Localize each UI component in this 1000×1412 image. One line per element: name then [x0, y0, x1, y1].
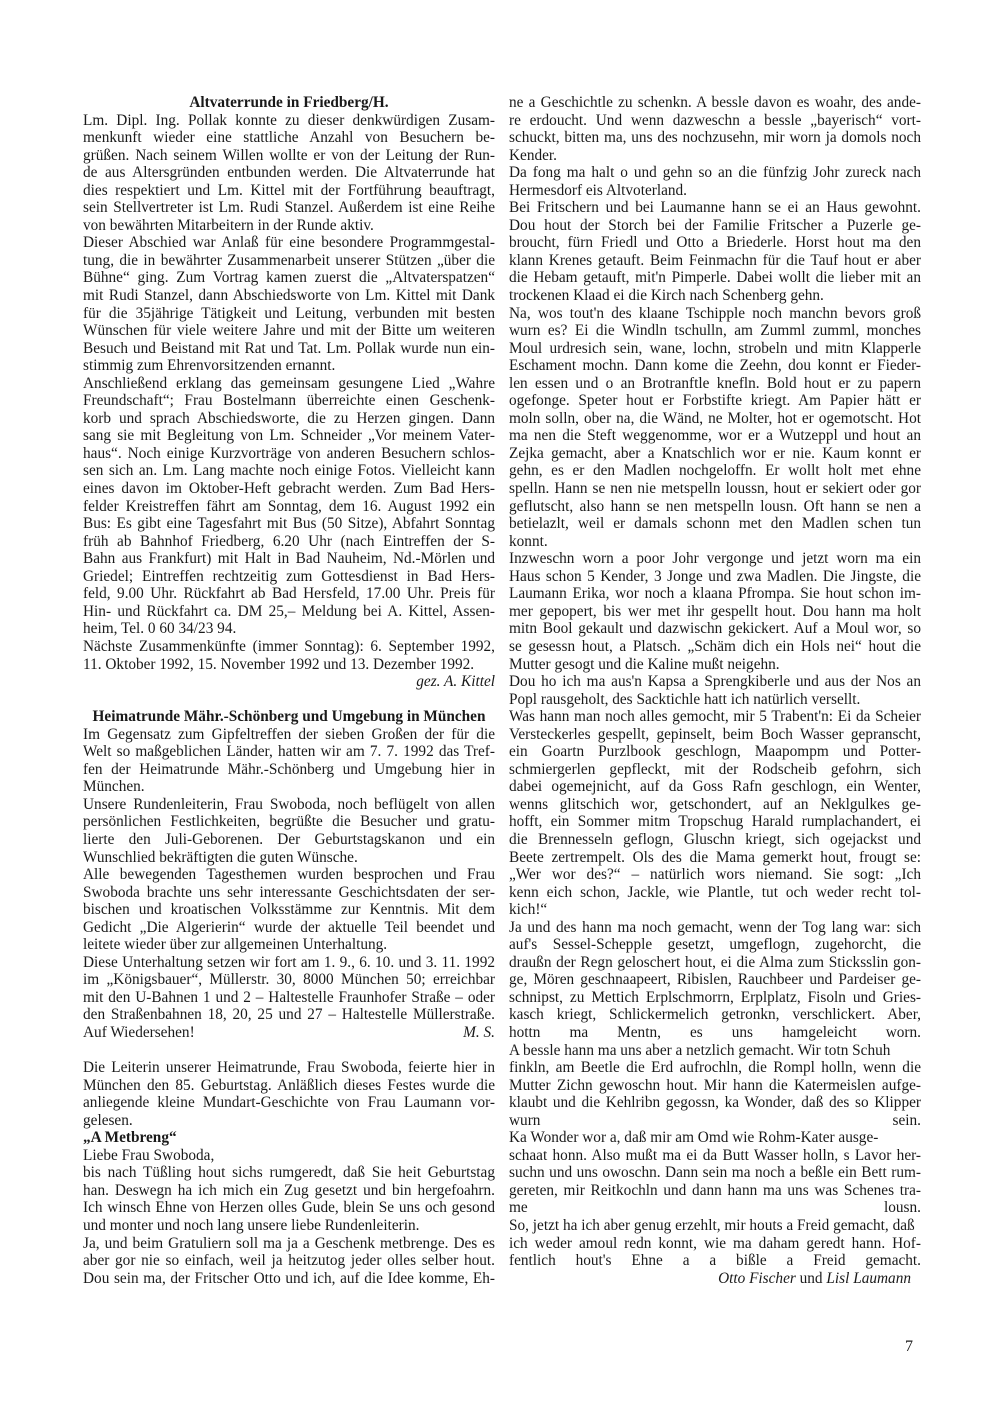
text-line: Versteckerles gespellt, gepinselt, beim … — [509, 726, 921, 744]
text-line: Bus: Es gibt eine Tagesfahrt mit Bus (50… — [83, 515, 495, 533]
text-line: Was hann man noch alles gemocht, mir 5 T… — [509, 708, 921, 726]
text-line: feld, 9.00 Uhr. Rückfahrt ab Bad Hersfel… — [83, 585, 495, 603]
text-line: auf's Sessel-Schepple gesetzt, umgeflogn… — [509, 936, 921, 954]
story-continuation: ne a Geschichtle zu schenkn. A bessle da… — [509, 94, 921, 1270]
signature-kittel: gez. A. Kittel — [83, 673, 495, 691]
text-line: trockenen Klaad ei die Kirch nach Schenb… — [509, 287, 921, 305]
text-line: geflutscht, also hann se nen metspelln l… — [509, 498, 921, 516]
text-line: Hermesdorf eis Altvoterland. — [509, 182, 921, 200]
text-line: ogefonge. Speter hout er Forbstifte krie… — [509, 392, 921, 410]
text-line: schmiergerlen gepfleckt, mit der Rodsche… — [509, 761, 921, 779]
article-body-birthday: Die Leiterin unserer Heimatrunde, Frau S… — [83, 1059, 495, 1129]
text-line: dabei ogemejnicht, auf da Goss Rafn gesc… — [509, 778, 921, 796]
text-line: Ja und des hann ma noch gemacht, wenn de… — [509, 919, 921, 937]
text-line: „Wer wor des?“ – natürlich wors niemand.… — [509, 866, 921, 884]
text-line: mit Rudi Stanzel, dann Abschiedsworte vo… — [83, 287, 495, 305]
text-line: sang sie mit Begleitung von Lm. Schneide… — [83, 427, 495, 445]
story-body: bis nach Tüßling hout sichs rumgeredt, d… — [83, 1164, 495, 1287]
text-line: Nächste Zusammenkünfte (immer Sonntag): … — [83, 638, 495, 656]
article-title-heimatrunde: Heimatrunde Mähr.-Schönberg und Umgebung… — [83, 708, 495, 726]
text-line: Moul urdresich sein, wane, lochn, strobe… — [509, 340, 921, 358]
text-line: Die Leiterin unserer Heimatrunde, Frau S… — [83, 1059, 495, 1077]
left-column: Altvaterrunde in Friedberg/H. Lm. Dipl. … — [83, 94, 495, 1287]
text-line: mer gepopert, bis wer met ihr gespellt h… — [509, 603, 921, 621]
text-line: grüßen. Nach seinem Willen wollte er von… — [83, 147, 495, 165]
text-line: ma nen die Steft weggenomme, wor er a Wu… — [509, 427, 921, 445]
text-line: und monter und noch lang unsere liebe Ru… — [83, 1217, 495, 1235]
text-line: persönlichen Festlichkeiten, begrüßte di… — [83, 813, 495, 831]
text-line: mit den U-Bahnen 1 und 2 – Haltestelle F… — [83, 989, 495, 1007]
text-line: Anschließend erklang das gemeinsam gesun… — [83, 375, 495, 393]
text-line: Da fong ma halt o und gehn so an die fün… — [509, 164, 921, 182]
story-signature: Otto Fischer und Lisl Laumann — [509, 1270, 921, 1288]
text-line: Na, wos tout'n des klaane Tschipple noch… — [509, 305, 921, 323]
text-line: Welt so maßgeblichen Länder, hatten wir … — [83, 743, 495, 761]
text-line: Freundschaft“; Frau Bostelmann überreich… — [83, 392, 495, 410]
spacer — [83, 691, 495, 709]
text-line: draußn der Regn geloschert hout, ei die … — [509, 954, 921, 972]
text-line: Eschament mochn. Dann kome die Zeehn, do… — [509, 357, 921, 375]
text-line: die Hebam getauft, mit'n Pimperle. Dabei… — [509, 269, 921, 287]
text-line: München den 85. Geburtstag. Anläßlich di… — [83, 1077, 495, 1095]
text-line: tung, die in bewährter Zusammenarbeit un… — [83, 252, 495, 270]
text-line: schaat honn. Also mußt ma ei da Butt Was… — [509, 1147, 921, 1165]
text-line: anliegende kleine Mundart-Geschichte von… — [83, 1094, 495, 1112]
text-line: Wünschen für viele weitere Jahre und mit… — [83, 322, 495, 340]
text-line: klann Krenes getauft. Beim Feinmachn für… — [509, 252, 921, 270]
text-line: gelesen. — [83, 1112, 495, 1130]
text-line: Diese Unterhaltung setzen wir fort am 1.… — [83, 954, 495, 972]
article-body-heimatrunde: Im Gegensatz zum Gipfeltreffen der siebe… — [83, 726, 495, 1024]
text-line: Bei Fritschern und bei Laumanne hann se … — [509, 199, 921, 217]
text-line: sen sich an. Lm. Lang machte noch einige… — [83, 462, 495, 480]
text-line: de aus Altersgründen entbunden werden. D… — [83, 164, 495, 182]
page-number: 7 — [905, 1338, 913, 1356]
text-line: für die 35jährige Tätigkeit und Leitung,… — [83, 305, 495, 323]
text-line: ich weder amoul redn konnt, wie ma daham… — [509, 1235, 921, 1253]
text-line: Ich winsch Ehne von Herzen olles Gude, b… — [83, 1199, 495, 1217]
text-line: lierte den Juli-Geborenen. Der Geburtsta… — [83, 831, 495, 849]
closing-text: Auf Wiedersehen! — [83, 1024, 195, 1041]
text-line: Gedicht „Die Algerierin“ wurde der aktue… — [83, 919, 495, 937]
text-line: schuckt, bitten ma, uns des nochzusehn, … — [509, 129, 921, 147]
text-line: re erdoucht. Und wenn dazweschn a bessle… — [509, 112, 921, 130]
text-line: konnt. — [509, 533, 921, 551]
text-line: felder Kreistreffen fährt am Sonntag, de… — [83, 498, 495, 516]
text-line: Ja, und beim Gratuliern soll ma ja a Ges… — [83, 1235, 495, 1253]
text-line: Dou sein ma, der Fritscher Otto und ich,… — [83, 1270, 495, 1288]
text-line: Dou hout der Storch bei der Familie Frit… — [509, 217, 921, 235]
text-line: stimmig zum Ehrenvorsitzenden ernannt. — [83, 357, 495, 375]
text-line: gehn, es er den Madlen nochgeloffn. Er w… — [509, 462, 921, 480]
text-line: Beete zertrempelt. Ols des die Mama geme… — [509, 849, 921, 867]
text-line: wurn sein. — [509, 1112, 921, 1130]
text-line: han. Deswegn ha ich mich ein Zug gesetzt… — [83, 1182, 495, 1200]
text-line: bis nach Tüßling hout sichs rumgeredt, d… — [83, 1164, 495, 1182]
text-line: heim, Tel. 0 60 34/23 94. — [83, 620, 495, 638]
text-line: hofft, ein Sommer mitm Tropschug Harald … — [509, 813, 921, 831]
text-line: den Straßenbahnen 18, 20, 25 und 27 – Ha… — [83, 1006, 495, 1024]
text-line: aber gor nie so einfach, weil ja heitzut… — [83, 1252, 495, 1270]
text-line: Wunschlied bekräftigten die guten Wünsch… — [83, 849, 495, 867]
text-line: Bühne“ ging. Zum Vortrag kamen zuerst di… — [83, 269, 495, 287]
text-line: menkunft wieder eine stattliche Anzahl v… — [83, 129, 495, 147]
spacer — [83, 1042, 495, 1060]
story-greeting: Liebe Frau Swoboda, — [83, 1147, 495, 1165]
text-line: gereten, mir Reitkochln und dann hann ma… — [509, 1182, 921, 1200]
text-line: kenn eich schon, Jackle, wie Plantle, tu… — [509, 884, 921, 902]
text-line: suchn und uns owoschn. Dann sein ma noch… — [509, 1164, 921, 1182]
text-line: betielazlt, weil er damals schonn met de… — [509, 515, 921, 533]
text-line: korb und sprach Abschiedsworte, die zu H… — [83, 410, 495, 428]
text-line: ein Goartn Purzlbook geschlogn, Maapompm… — [509, 743, 921, 761]
text-line: se gesessn hout, a Platsch. „Schäm dich … — [509, 638, 921, 656]
text-line: mitn Bool gekault und dazwischn gekicker… — [509, 620, 921, 638]
text-line: Laumann Erika, wor noch a klaana Pfrompa… — [509, 585, 921, 603]
text-line: spelln. Hann se nen nie metspelln loussn… — [509, 480, 921, 498]
text-line: wurn es? Ei die Windln tschulln, am Zumm… — [509, 322, 921, 340]
right-column: ne a Geschichtle zu schenkn. A bessle da… — [509, 94, 921, 1287]
text-line: Ka Wonder wor a, daß mir am Omd wie Rohm… — [509, 1129, 921, 1147]
text-line: haus“. Noch einige Kurzvorträge von ande… — [83, 445, 495, 463]
text-line: Bahn aus Frankfurt) mit Halt in Bad Nauh… — [83, 550, 495, 568]
text-line: schnipst, zu Mettich Erplschmorrn, Erplp… — [509, 989, 921, 1007]
text-line: Besuch und Beistand mit Rat und Tat. Lm.… — [83, 340, 495, 358]
text-line: len essen und o an Brotranftle knefln. B… — [509, 375, 921, 393]
text-line: me lousn. — [509, 1199, 921, 1217]
text-line: Haus schon 5 Kender, 3 Jonge und zwa Mad… — [509, 568, 921, 586]
text-line: Inzweschn worn a poor Johr vergonge und … — [509, 550, 921, 568]
text-line: Mutter gesogt und die Kaline mußt neigeh… — [509, 656, 921, 674]
text-line: von bewährten Mitarbeitern in der Runde … — [83, 217, 495, 235]
text-line: Dou ho ich ma aus'n Kapsa a Sprengkiberl… — [509, 673, 921, 691]
text-line: ge, Mören geschnaapeert, Ribislen, Rauch… — [509, 971, 921, 989]
text-line: 11. Oktober 1992, 15. November 1992 und … — [83, 656, 495, 674]
signature-ms: M. S. — [463, 1024, 495, 1042]
text-line: Swoboda brachte uns sehr interessante Ge… — [83, 884, 495, 902]
text-line: Lm. Dipl. Ing. Pollak konnte zu dieser d… — [83, 112, 495, 130]
text-line: wenns glitschich wor, getschondert, auf … — [509, 796, 921, 814]
text-line: finkln, am Beetle die Erd aufrochln, die… — [509, 1059, 921, 1077]
text-line: Alle bewegenden Tagesthemen wurden bespr… — [83, 866, 495, 884]
text-line: hottn ma Mentn, es uns hamgeleicht worn. — [509, 1024, 921, 1042]
signature-conjunction: und — [796, 1270, 827, 1287]
text-line: A bessle hann ma uns aber a netzlich gem… — [509, 1042, 921, 1060]
text-line: Griedel; Eintreffen rechtzeitig zum Gott… — [83, 568, 495, 586]
text-line: So, jetzt ha ich aber genug erzehlt, mir… — [509, 1217, 921, 1235]
text-line: früh ab Bahnhof Friedberg, 6.20 Uhr (nac… — [83, 533, 495, 551]
text-line: moln solln, ober na, die Wänd, ne Molter… — [509, 410, 921, 428]
text-line: München. — [83, 778, 495, 796]
text-line: Popl rausgeholt, des Sacktichle hatt ich… — [509, 691, 921, 709]
text-line: Mutter Zichn gewoschn hout. Mir hann die… — [509, 1077, 921, 1095]
text-line: leitete wieder über zur allgemeinen Unte… — [83, 936, 495, 954]
text-line: fentlich hout's Ehne a a bißle a Freid g… — [509, 1252, 921, 1270]
text-line: die Brennesseln geflogn, Gluschn kriegt,… — [509, 831, 921, 849]
text-line: im „Königsbauer“, Müllerstr. 30, 8000 Mü… — [83, 971, 495, 989]
article-body-altvaterrunde: Lm. Dipl. Ing. Pollak konnte zu dieser d… — [83, 112, 495, 674]
author-lisl-laumann: Lisl Laumann — [826, 1270, 911, 1287]
text-line: eines davon im Oktober-Heft gebracht wer… — [83, 480, 495, 498]
text-line: Dieser Abschied war Anlaß für eine beson… — [83, 234, 495, 252]
text-line: ne a Geschichtle zu schenkn. A bessle da… — [509, 94, 921, 112]
text-line: Kender. — [509, 147, 921, 165]
text-line: klaubt und die Kehlribn gegossn, ka Wond… — [509, 1094, 921, 1112]
article-title-altvaterrunde: Altvaterrunde in Friedberg/H. — [83, 94, 495, 112]
closing-line: Auf Wiedersehen! M. S. — [83, 1024, 495, 1042]
text-line: Unsere Rundenleiterin, Frau Swoboda, noc… — [83, 796, 495, 814]
text-line: kich!“ — [509, 901, 921, 919]
story-title: „A Metbreng“ — [83, 1129, 495, 1147]
text-line: Im Gegensatz zum Gipfeltreffen der siebe… — [83, 726, 495, 744]
text-line: broucht, fürn Friedl und Otto a Briederl… — [509, 234, 921, 252]
text-line: sein Stellvertreter ist Lm. Rudi Stanzel… — [83, 199, 495, 217]
text-line: Zejka gemacht, aber a Knatschlich wor er… — [509, 445, 921, 463]
author-otto-fischer: Otto Fischer — [718, 1270, 796, 1287]
text-line: Hin- und Rückfahrt ca. DM 25,– Meldung b… — [83, 603, 495, 621]
text-line: dies respektiert und Lm. Kittel mit der … — [83, 182, 495, 200]
text-line: bischen und kroatischen Volksstämme zur … — [83, 901, 495, 919]
text-line: fen der Heimatrunde Mähr.-Schönberg und … — [83, 761, 495, 779]
text-line: kasch kriegt, Schlickermelich getronkn, … — [509, 1006, 921, 1024]
